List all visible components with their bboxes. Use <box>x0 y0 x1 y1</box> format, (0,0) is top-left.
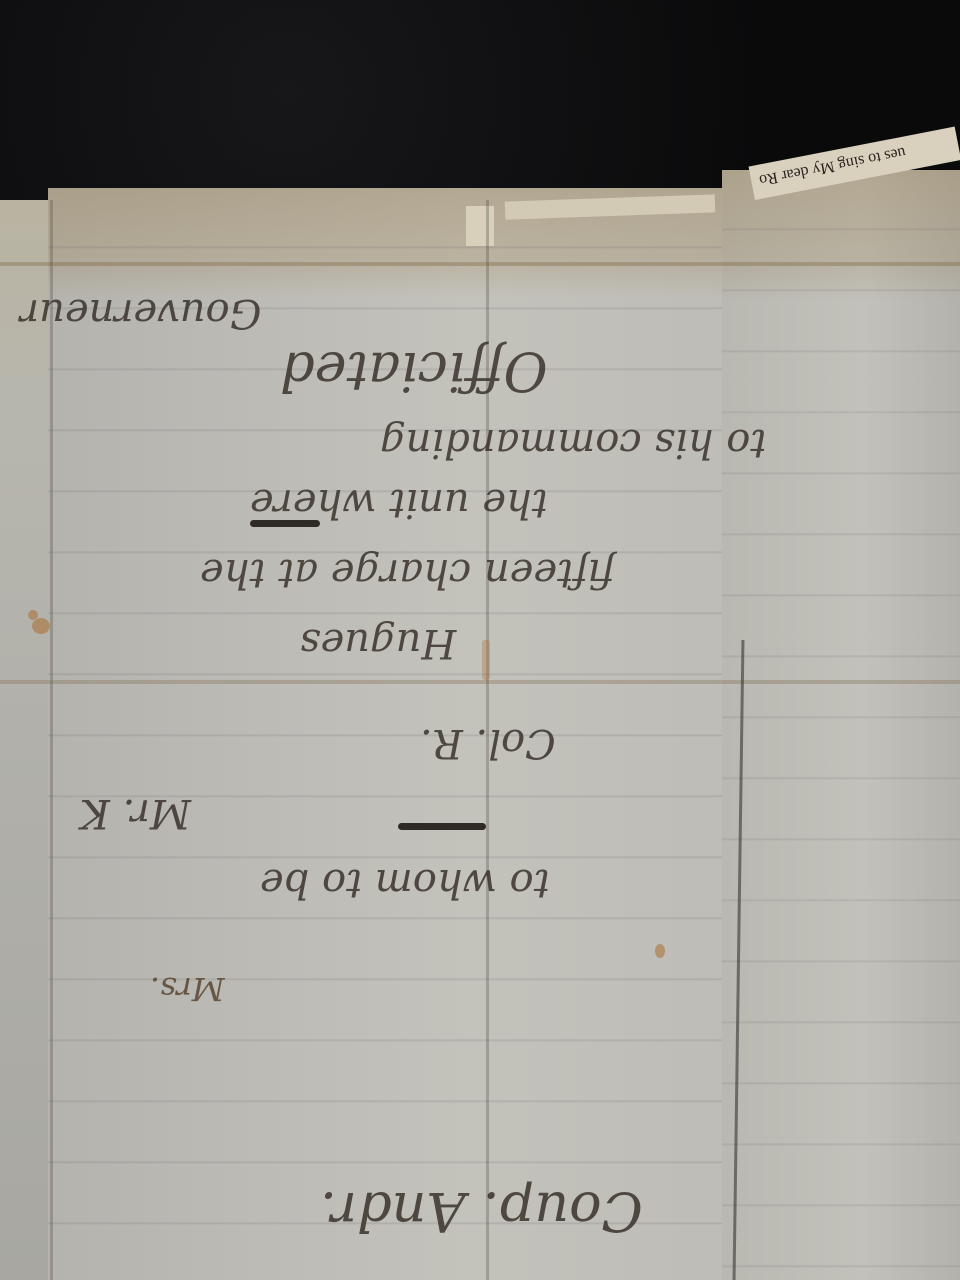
paper-panel-right <box>722 170 960 1280</box>
handwriting-line: to his commanding <box>380 420 766 466</box>
handwriting-line: Gouverneur <box>20 290 262 336</box>
paper-tab <box>466 206 494 246</box>
letter-photo: ues to sing My dear Ro Officiated Gouver… <box>0 0 960 1280</box>
handwriting-line: Hugues <box>300 620 456 666</box>
handwriting-line: to whom to be <box>260 860 550 906</box>
rust-stain <box>32 618 50 634</box>
vertical-fold-left <box>50 200 53 1280</box>
rust-stain <box>28 610 38 620</box>
ink-underline <box>250 520 320 527</box>
handwriting-line-faded: Mrs. <box>150 970 225 1008</box>
handwriting-line: Officiated <box>280 340 548 403</box>
fold-stain <box>482 640 490 680</box>
handwriting-line: Mr. K <box>80 790 191 836</box>
ink-underline <box>398 823 486 830</box>
handwriting-line: Col. R. <box>420 720 556 766</box>
horizontal-fold-middle <box>0 680 960 684</box>
paper-panel-left <box>0 200 50 1280</box>
horizontal-fold-top <box>0 262 960 266</box>
rust-stain <box>655 944 665 958</box>
handwriting-line: fifteen charge at the <box>200 550 615 596</box>
handwriting-line: Coup. Andr. <box>320 1180 643 1243</box>
